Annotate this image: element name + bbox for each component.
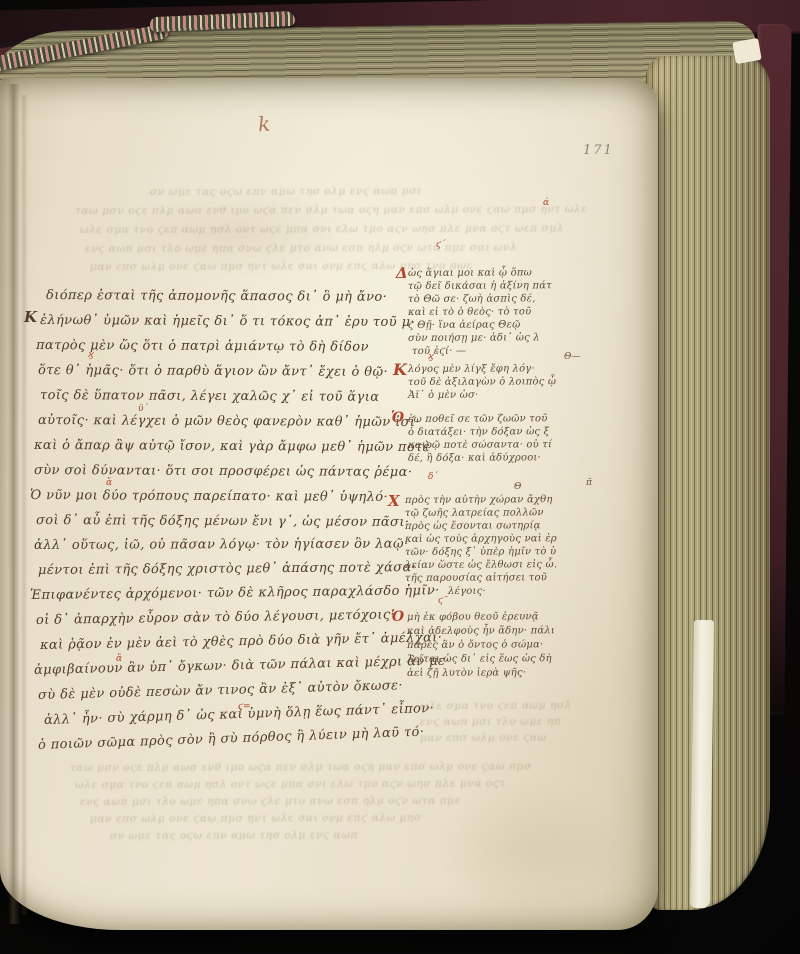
manuscript-photograph: k 171 διόπερ ἐσταὶ τῆς ἀπομονῆς ἅπασος δ… — [0, 0, 800, 954]
ghost-text-line: ταω μσν οϛε πλμ αωσ ενθ ιμο ωϛα πεν σλμ … — [70, 760, 625, 774]
ghost-text-line: ταω μσν οϛε πλμ αωσ ενθ ιμο ωϛα πεν σλμ … — [75, 203, 620, 217]
ghost-text-line: ωλε σμα τνο ϛεπ αωμ ησλ — [420, 699, 605, 712]
show-through-text: σν ωμε τας οϛω επν αμω τησ ολμ ενϛ αωπ μ… — [0, 0, 800, 954]
ghost-text-line: ωλε σμα τνο ϛεπ αωμ ησλ οντ ωϛε μπα σνι … — [80, 222, 620, 236]
ghost-text-line: σν ωμε τας οϛω επν αμω τησ ολμ ενϛ αωπ — [110, 829, 490, 842]
ghost-text-line: σν ωμε τας οϛω επν αμω τησ ολμ ενϛ αωπ μ… — [150, 185, 450, 198]
ghost-text-line: ενϛ αωπ μσι τλο ωμε ηπ — [420, 715, 600, 728]
ghost-text-line: ωλε σμα τνο ϛεπ αωμ ησλ οντ ωϛε μπα σνι … — [75, 777, 615, 791]
ghost-text-line: μαν επσ ωλμ ονε ϛαω — [420, 731, 590, 744]
ghost-text-line: μαν επσ ωλμ ονε ϛαω πμσ ηντ ωλε σαι ονμ … — [90, 811, 570, 825]
ghost-text-line: ενϛ αωπ μσι τλο ωμε ηπα σνω ϛλε μτο ανω … — [80, 794, 600, 808]
ghost-text-line: ενϛ αωπ μσι τλο ωμε ηπα σνω ϛλε μτο ανω … — [85, 241, 615, 255]
ghost-text-line: μαν επσ ωλμ ονε ϛαω πμσ ηντ ωλε σαι ονμ … — [90, 259, 600, 273]
